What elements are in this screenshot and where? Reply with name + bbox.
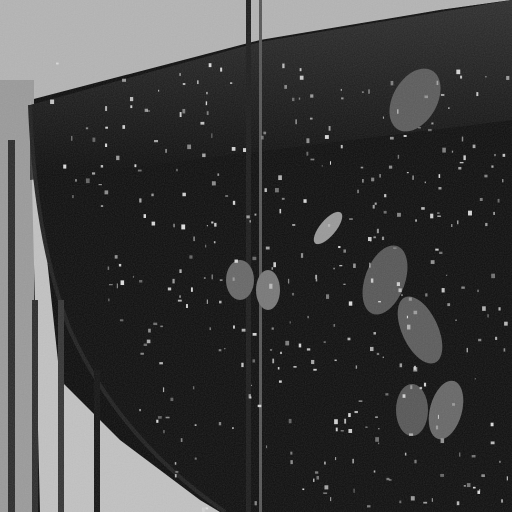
photo-scene [0, 0, 512, 512]
photo-canvas [0, 0, 512, 512]
